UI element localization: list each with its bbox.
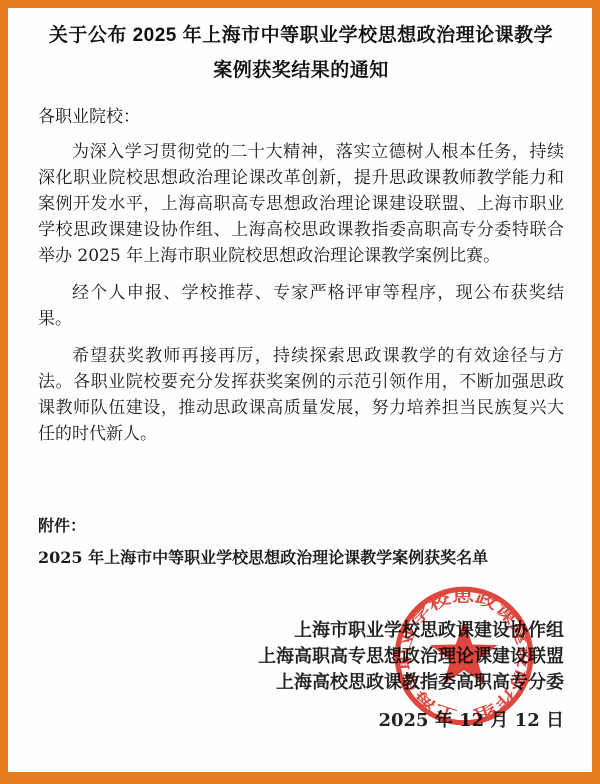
signature-org-3: 上海高校思政课教指委高职高专分委 (38, 670, 564, 696)
body-paragraph-2: 经个人申报、学校推荐、专家严格评审等程序，现公布获奖结果。 (38, 280, 564, 332)
document-page: 关于公布 2025 年上海市中等职业学校思想政治理论课教学 案例获奖结果的通知 … (0, 0, 600, 784)
attachment-item: 2025 年上海市中等职业学校思想政治理论课教学案例获奖名单 (38, 545, 564, 571)
attachment-section: 附件： 2025 年上海市中等职业学校思想政治理论课教学案例获奖名单 (38, 513, 564, 571)
salutation: 各职业院校： (38, 104, 564, 130)
document-content: 关于公布 2025 年上海市中等职业学校思想政治理论课教学 案例获奖结果的通知 … (8, 8, 592, 734)
signature-org-2: 上海高职高专思想政治理论课建设联盟 (38, 644, 564, 670)
title-line-1: 关于公布 2025 年上海市中等职业学校思想政治理论课教学 (38, 18, 564, 53)
body-paragraph-3: 希望获奖教师再接再厉，持续探索思政课教学的有效途径与方法。各职业院校要充分发挥获… (38, 343, 564, 447)
document-title: 关于公布 2025 年上海市中等职业学校思想政治理论课教学 案例获奖结果的通知 (38, 18, 564, 88)
body-paragraph-1: 为深入学习贯彻党的二十大精神，落实立德树人根本任务，持续深化职业院校思想政治理论… (38, 139, 564, 269)
signature-date: 2025 年 12 月 12 日 (38, 708, 564, 734)
signature-block: 上海市职业学校思政课建设协作组 上海高职高专思想政治理论课建设联盟 上海高校思政… (38, 618, 564, 734)
signature-org-1: 上海市职业学校思政课建设协作组 (38, 618, 564, 644)
title-line-2: 案例获奖结果的通知 (38, 53, 564, 88)
attachment-label: 附件： (38, 513, 564, 539)
